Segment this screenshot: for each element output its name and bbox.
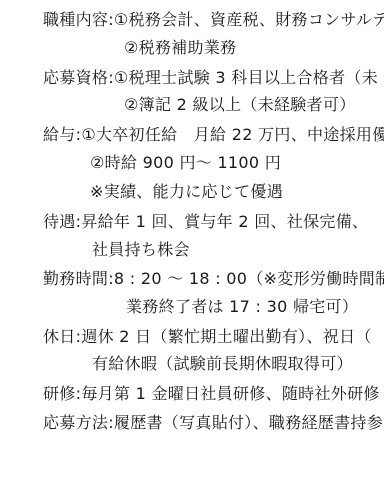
holidays-line-1: 週休 2 日（繁忙期土曜出勤有）、祝日（ (81, 327, 371, 346)
salary-line-1: ①大卒初任給 月給 22 万円、中途採用優 (81, 125, 384, 144)
job-content-row: 職種内容 :①税務会計、資産税、財務コンサルティング (43, 10, 384, 30)
training-line-1: 毎月第 1 金曜日社員研修、随時社外研修 (81, 384, 379, 403)
training-row: 研修 : 毎月第 1 金曜日社員研修、随時社外研修 (43, 384, 380, 404)
holidays-label: 休日 (43, 327, 76, 347)
salary-row-3: ※実績、能力に応じて優遇 (90, 182, 283, 202)
salary-note: ※実績、能力に応じて優遇 (90, 182, 283, 201)
application-method-label: 応募方法 (43, 413, 108, 433)
salary-label: 給与 (43, 125, 76, 145)
work-hours-row: 勤務時間 : 8 : 20 ～ 18 : 00（※変形労働時間制 (43, 269, 384, 289)
salary-row-2: ②時給 900 円～ 1100 円 (90, 153, 281, 173)
qualification-line-2: ②簿記 2 級以上（未経験者可） (124, 95, 356, 114)
holidays-line-2: 有給休暇（試験前長期休暇取得可） (92, 354, 353, 373)
job-posting-document: 職種内容 :①税務会計、資産税、財務コンサルティング ②税務補助業務 応募資格 … (0, 0, 384, 502)
application-method-row: 応募方法 : 履歴書（写真貼付）、職務経歴書持参 (43, 413, 383, 433)
job-content-label: 職種内容 (43, 10, 108, 30)
work-hours-row-2: 業務終了者は 17 : 30 帰宅可） (126, 297, 358, 317)
salary-line-2: ②時給 900 円～ 1100 円 (90, 153, 281, 172)
qualification-row: 応募資格 :①税理士試験 3 科目以上合格者（未 (43, 68, 378, 88)
qualification-label: 応募資格 (43, 68, 108, 88)
job-content-row-2: ②税務補助業務 (124, 38, 236, 58)
benefits-line-2: 社員持ち株会 (92, 240, 190, 259)
work-hours-label: 勤務時間 (43, 269, 108, 289)
training-label: 研修 (43, 384, 76, 404)
qualification-line-1: ①税理士試験 3 科目以上合格者（未 (114, 68, 378, 87)
holidays-row-2: 有給休暇（試験前長期休暇取得可） (92, 354, 353, 374)
application-method-line-1: 履歴書（写真貼付）、職務経歴書持参 (114, 413, 383, 432)
benefits-row: 待遇 : 昇給年 1 回、賞与年 2 回、社保完備、 (43, 212, 368, 232)
benefits-label: 待遇 (43, 212, 76, 232)
benefits-line-1: 昇給年 1 回、賞与年 2 回、社保完備、 (81, 212, 368, 231)
salary-row: 給与 :①大卒初任給 月給 22 万円、中途採用優 (43, 125, 384, 145)
qualification-row-2: ②簿記 2 級以上（未経験者可） (124, 95, 356, 115)
holidays-row: 休日 : 週休 2 日（繁忙期土曜出勤有）、祝日（ (43, 327, 372, 347)
job-content-line-2: ②税務補助業務 (124, 38, 236, 57)
work-hours-line-2: 業務終了者は 17 : 30 帰宅可） (126, 297, 358, 316)
job-content-line-1: ①税務会計、資産税、財務コンサルティング (114, 10, 384, 29)
benefits-row-2: 社員持ち株会 (92, 240, 190, 260)
work-hours-line-1: 8 : 20 ～ 18 : 00（※変形労働時間制 (114, 269, 384, 288)
